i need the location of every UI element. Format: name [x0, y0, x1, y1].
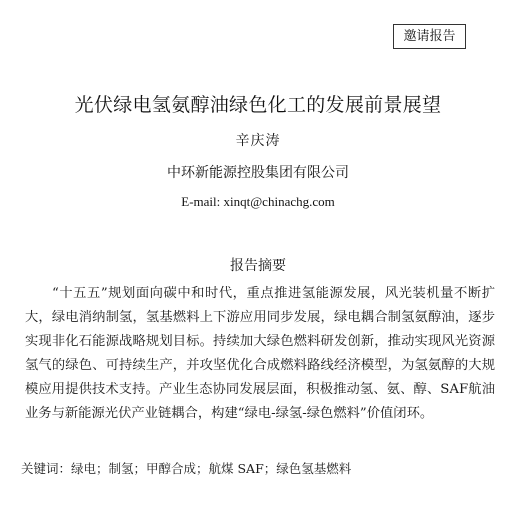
keywords-label: 关键词： [21, 461, 71, 476]
abstract-body: “十五五”规划面向碳中和时代，重点推进氢能源发展，风光装机量不断扩大，绿电消纳制… [25, 282, 495, 426]
invited-report-tag: 邀请报告 [393, 24, 466, 49]
author-name: 辛庆涛 [0, 131, 516, 151]
author-affiliation: 中环新能源控股集团有限公司 [0, 163, 516, 183]
keywords-line: 关键词：绿电；制氢；甲醇合成；航煤 SAF；绿色氢基燃料 [21, 459, 501, 479]
paper-title: 光伏绿电氢氨醇油绿色化工的发展前景展望 [0, 92, 516, 118]
author-email: E-mail: xinqt@chinachg.com [0, 193, 516, 211]
abstract-heading: 报告摘要 [0, 256, 516, 276]
keywords-values: 绿电；制氢；甲醇合成；航煤 SAF；绿色氢基燃料 [71, 461, 351, 476]
